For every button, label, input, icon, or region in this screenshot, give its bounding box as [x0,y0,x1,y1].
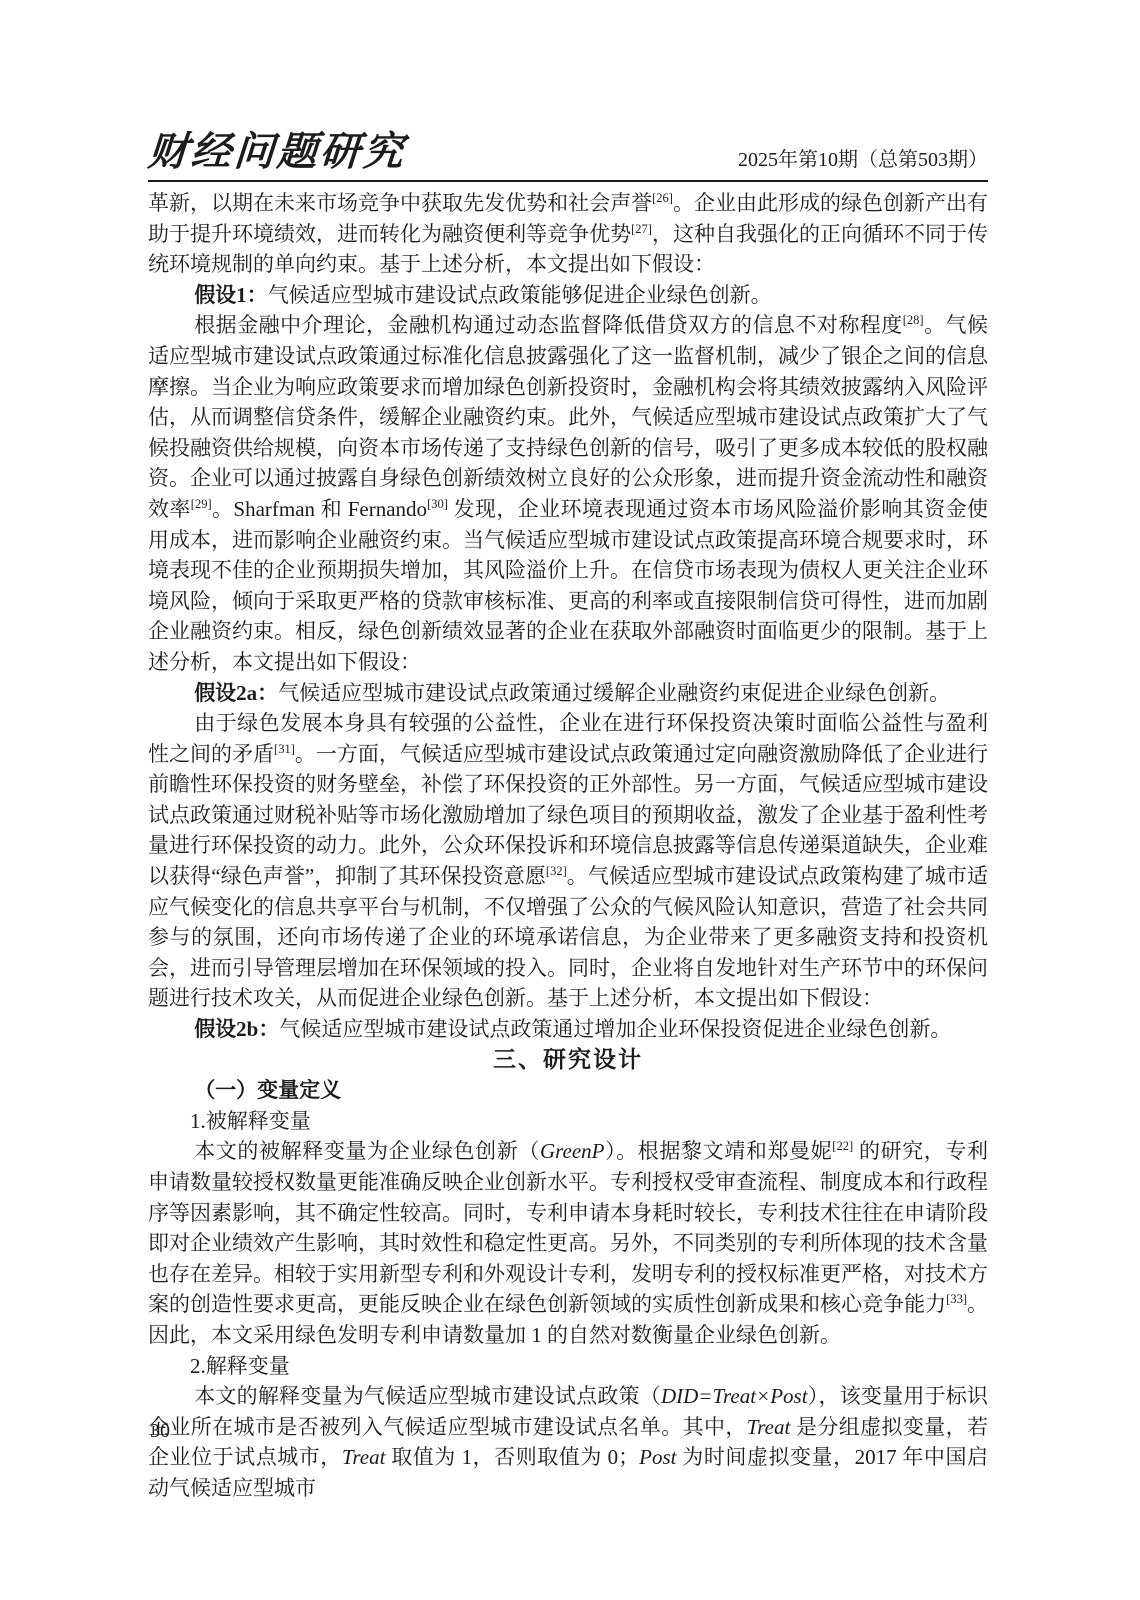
hypothesis-2a: 假设2a：气候适应型城市建设试点政策通过缓解企业融资约束促进企业绿色创新。 [148,678,988,709]
text-run: 。气候适应型城市建设试点政策通过标准化信息披露强化了这一监督机制，减少了银企之间… [148,313,988,521]
paragraph-dependent-variable: 本文的被解释变量为企业绿色创新（GreenP）。根据黎文靖和郑曼妮[22] 的研… [148,1136,988,1350]
citation-ref: [28] [903,313,924,327]
citation-ref: [26] [652,191,673,205]
article-body: 革新，以期在未来市场竞争中获取先发优势和社会声誉[26]。企业由此形成的绿色创新… [148,188,988,1504]
hypothesis-2b: 假设2b：气候适应型城市建设试点政策通过增加企业环保投资促进企业绿色创新。 [148,1014,988,1045]
text-run: 气候适应型城市建设试点政策通过缓解企业融资约束促进企业绿色创新。 [278,681,950,705]
paragraph-continued: 革新，以期在未来市场竞争中获取先发优势和社会声誉[26]。企业由此形成的绿色创新… [148,188,988,280]
text-run: 根据金融中介理论，金融机构通过动态监督降低借贷双方的信息不对称程度 [194,313,903,337]
paragraph-financing: 根据金融中介理论，金融机构通过动态监督降低借贷双方的信息不对称程度[28]。气候… [148,310,988,677]
text-run: 的研究，专利申请数量较授权数量更能准确反映企业创新水平。专利授权受审查流程、制度… [148,1139,988,1316]
italic-term: DID=Treat×Post [661,1384,808,1408]
bold-label: 假设1： [194,283,268,307]
text-run: 本文的解释变量为气候适应型城市建设试点政策（ [194,1384,661,1408]
hypothesis-1: 假设1：气候适应型城市建设试点政策能够促进企业绿色创新。 [148,280,988,311]
citation-ref: [27] [631,222,652,236]
text-run: 取值为 1，否则取值为 0； [385,1445,639,1469]
italic-term: Post [639,1445,676,1469]
bold-label: 假设2b： [194,1017,279,1041]
text-run: 。Sharfman 和 Fernando [212,497,427,521]
citation-ref: [29] [191,497,212,511]
text-run: 发现，企业环境表现通过资本市场风险溢价影响其资金使用成本，进而影响企业融资约束。… [148,497,988,674]
item-explanatory-variable: 2.解释变量 [148,1351,988,1382]
paragraph-explanatory-variable: 本文的解释变量为气候适应型城市建设试点政策（DID=Treat×Post），该变… [148,1381,988,1503]
text-run: 本文的被解释变量为企业绿色创新（ [194,1139,540,1163]
section-heading-research-design: 三、研究设计 [148,1045,988,1076]
journal-logo: 财经问题研究 [146,130,407,174]
italic-term: GreenP [540,1139,605,1163]
item-dependent-variable: 1.被解释变量 [148,1106,988,1137]
citation-ref: [33] [946,1292,967,1306]
paragraph-environmental-investment: 由于绿色发展本身具有较强的公益性，企业在进行环保投资决策时面临公益性与盈利性之间… [148,708,988,1014]
text-run: 气候适应型城市建设试点政策通过增加企业环保投资促进企业绿色创新。 [279,1017,951,1041]
italic-term: Treat [342,1445,386,1469]
page-number: 30 [150,1420,170,1443]
citation-ref: [30] [427,497,448,511]
text-run: 革新，以期在未来市场竞争中获取先发优势和社会声誉 [148,191,652,215]
italic-term: Treat [747,1415,791,1439]
citation-ref: [31] [274,742,295,756]
issue-info: 2025年第10期（总第503期） [738,146,988,174]
citation-ref: [32] [546,864,567,878]
subsection-heading-variable-definition: （一）变量定义 [148,1075,988,1106]
bold-label: 假设2a： [194,681,278,705]
citation-ref: [22] [832,1139,853,1153]
text-run: 气候适应型城市建设试点政策能够促进企业绿色创新。 [268,283,772,307]
text-run: ）。根据黎文靖和郑曼妮 [604,1139,832,1163]
page-header: 财经问题研究 2025年第10期（总第503期） [148,130,988,182]
paper-page: 财经问题研究 2025年第10期（总第503期） 革新，以期在未来市场竞争中获取… [0,0,1140,1600]
